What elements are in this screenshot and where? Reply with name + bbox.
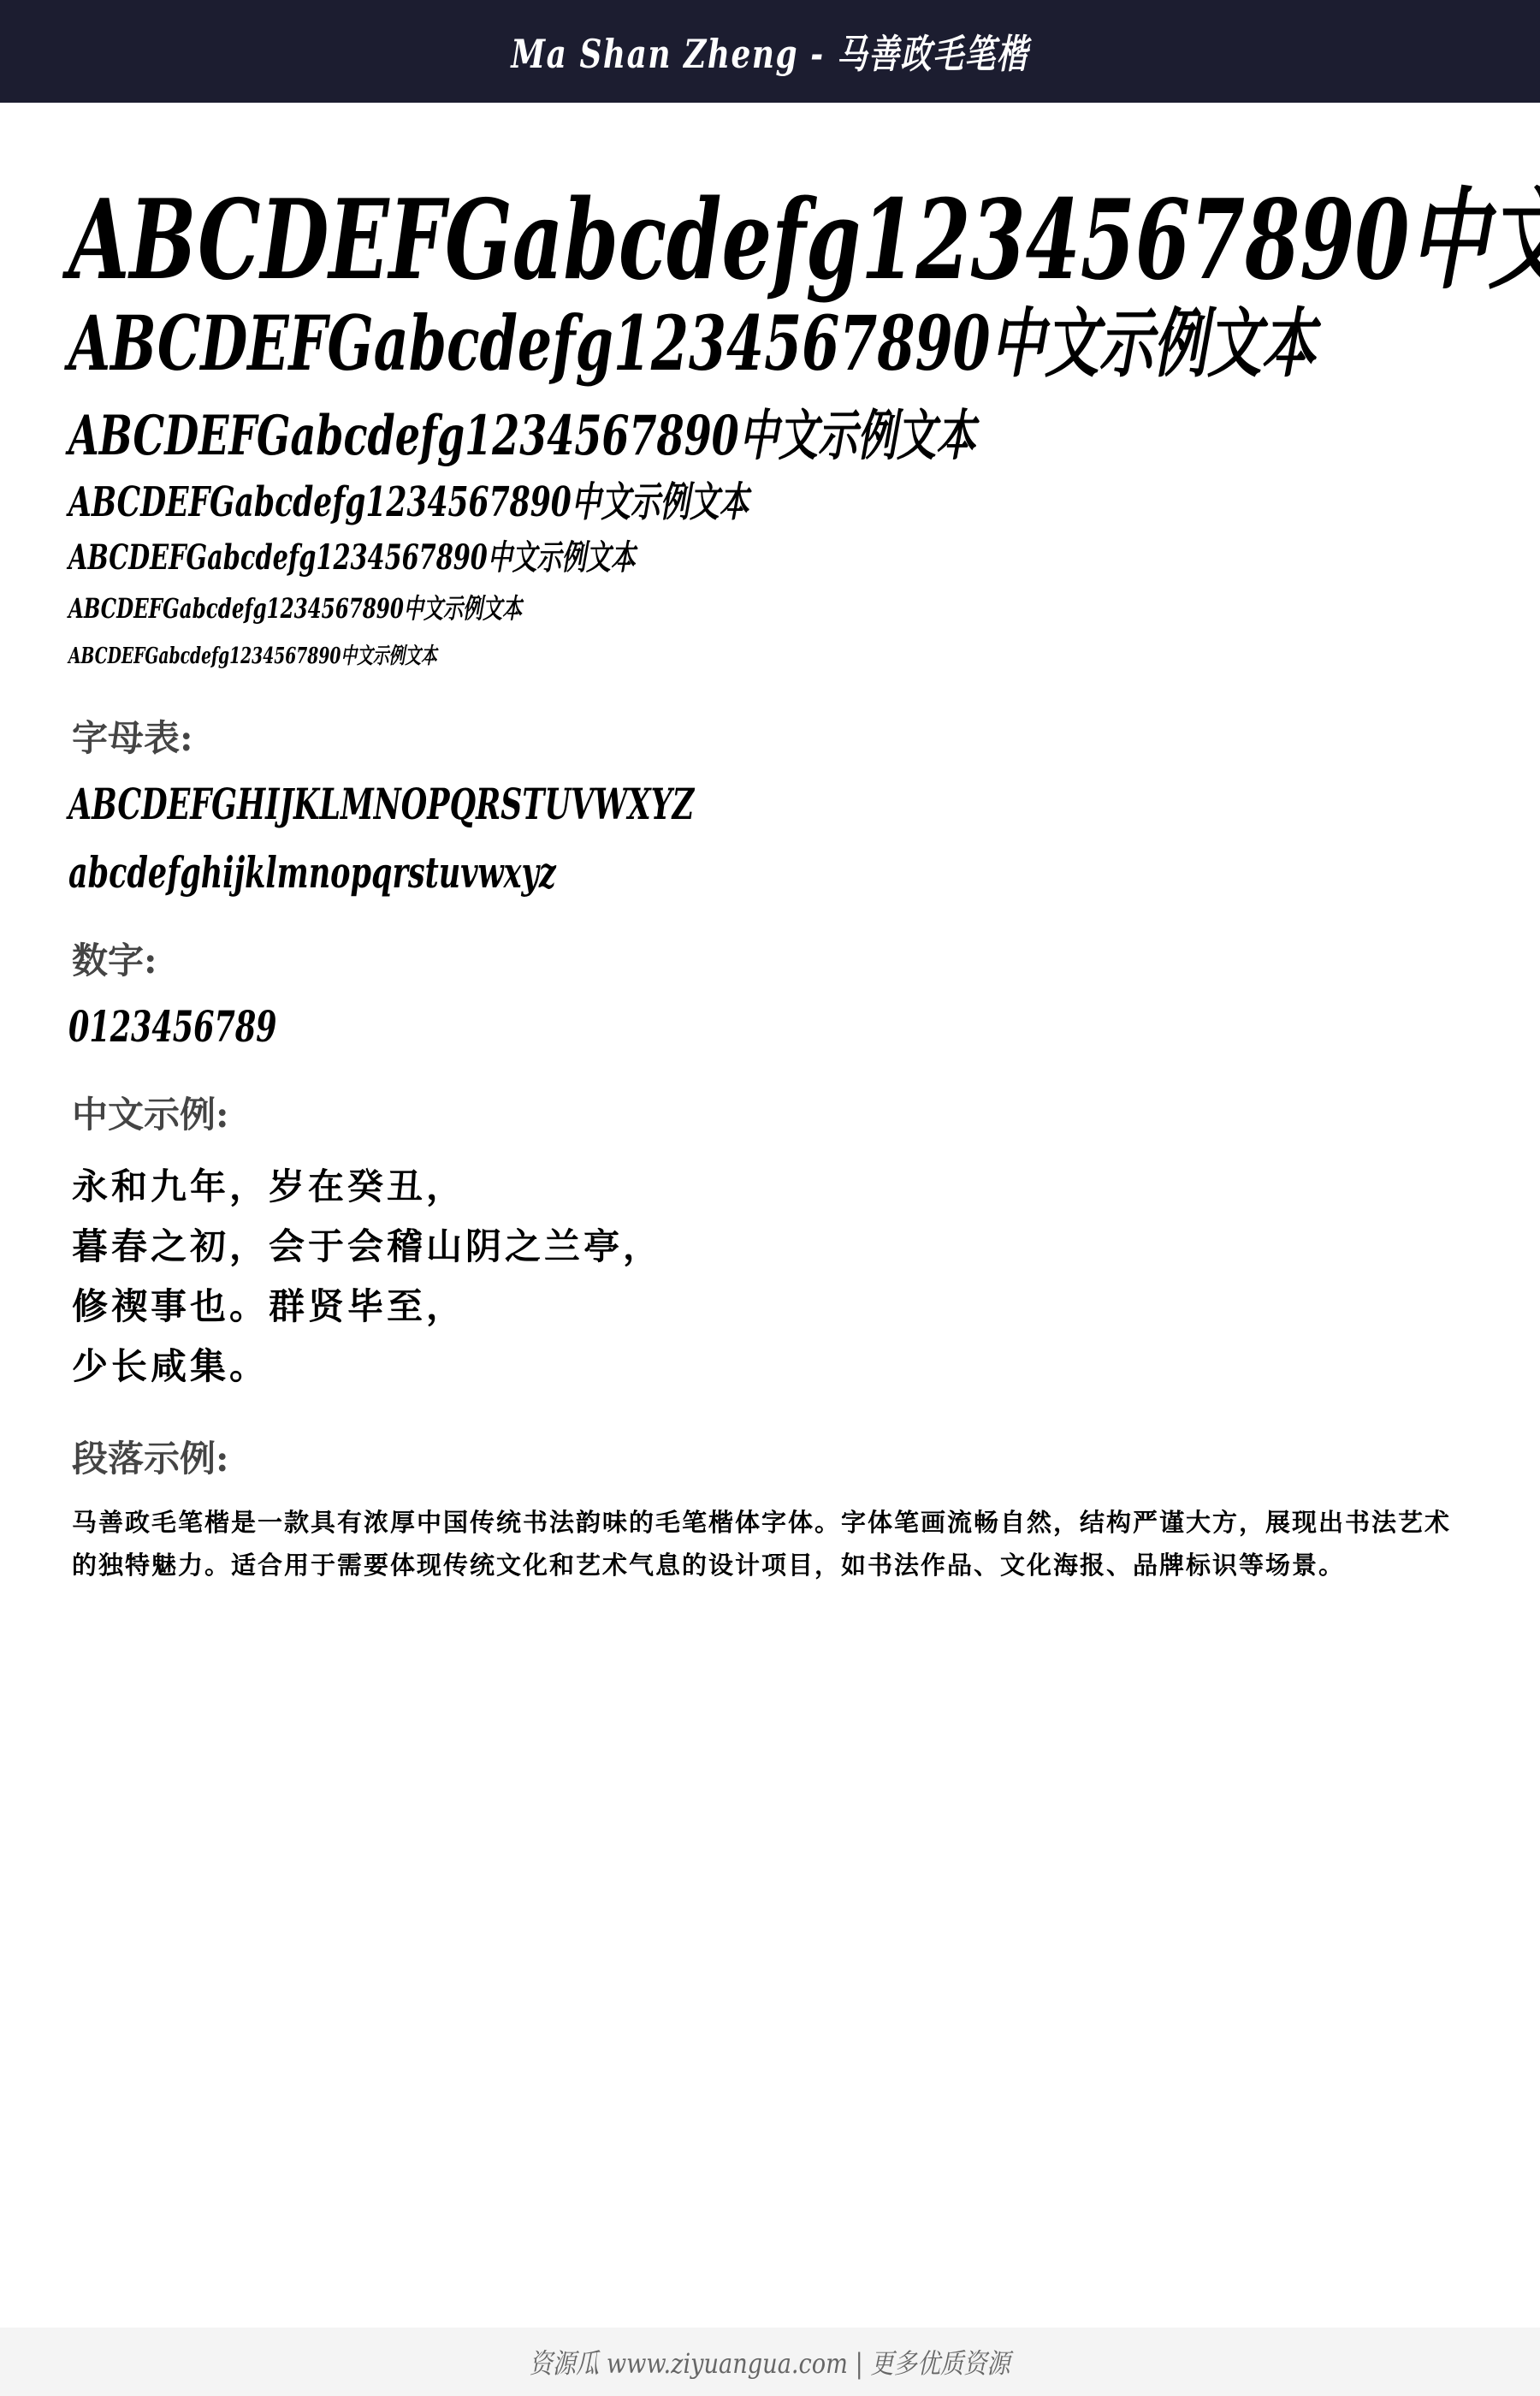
chinese-poem: 永和九年，岁在癸丑， 暮春之初，会于会稽山阴之兰亭， 修禊事也。群贤毕至， 少长… bbox=[72, 1157, 662, 1397]
poem-line: 永和九年，岁在癸丑， bbox=[72, 1157, 662, 1217]
footer-text: 资源瓜 www.ziyuangua.com | 更多优质资源 bbox=[530, 2342, 1010, 2381]
poem-line: 暮春之初，会于会稽山阴之兰亭， bbox=[72, 1217, 662, 1277]
size-sample-3: ABCDEFGabcdefg1234567890中文示例文本 bbox=[68, 392, 975, 471]
footer-site-name: 资源瓜 bbox=[530, 2347, 600, 2380]
page-footer: 资源瓜 www.ziyuangua.com | 更多优质资源 bbox=[0, 2328, 1540, 2396]
page-header: Ma Shan Zheng - 马善政毛笔楷 bbox=[0, 0, 1540, 103]
alphabet-heading: 字母表: bbox=[72, 710, 193, 762]
digits-sample: 0123456789 bbox=[68, 1001, 277, 1052]
size-sample-6: ABCDEFGabcdefg1234567890中文示例文本 bbox=[68, 587, 522, 626]
chinese-sample-heading: 中文示例: bbox=[72, 1087, 229, 1138]
size-sample-4: ABCDEFGabcdefg1234567890中文示例文本 bbox=[68, 469, 749, 528]
size-sample-5: ABCDEFGabcdefg1234567890中文示例文本 bbox=[68, 531, 636, 579]
size-sample-2: ABCDEFGabcdefg1234567890中文示例文本 bbox=[68, 284, 1316, 392]
paragraph-sample-text: 马善政毛笔楷是一款具有浓厚中国传统书法韵味的毛笔楷体字体。字体笔画流畅自然，结构… bbox=[72, 1501, 1475, 1586]
paragraph-sample-heading: 段落示例: bbox=[72, 1431, 229, 1482]
lowercase-alphabet: abcdefghijklmnopqrstuvwxyz bbox=[68, 847, 556, 898]
digits-heading: 数字: bbox=[72, 933, 157, 984]
page-title: Ma Shan Zheng - 马善政毛笔楷 bbox=[511, 23, 1028, 80]
poem-line: 修禊事也。群贤毕至， bbox=[72, 1277, 662, 1337]
poem-line: 少长咸集。 bbox=[72, 1337, 662, 1397]
size-sample-7: ABCDEFGabcdefg1234567890中文示例文本 bbox=[68, 638, 437, 670]
footer-tagline: 更多优质资源 bbox=[871, 2347, 1010, 2380]
footer-separator: | bbox=[856, 2347, 863, 2380]
uppercase-alphabet: ABCDEFGHIJKLMNOPQRSTUVWXYZ bbox=[68, 779, 694, 829]
footer-url-link[interactable]: www.ziyuangua.com bbox=[607, 2347, 848, 2380]
